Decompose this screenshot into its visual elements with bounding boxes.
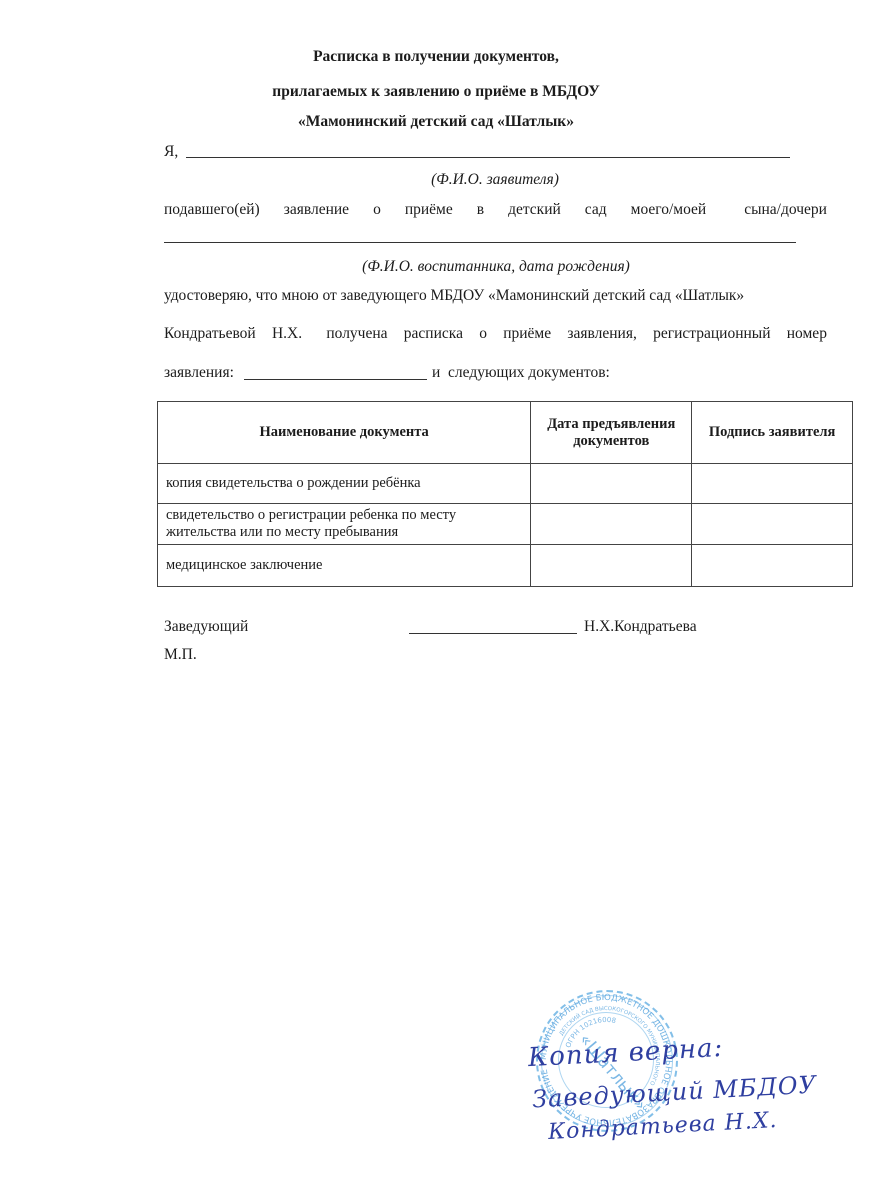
table-row: копия свидетельства о рождении ребёнка	[158, 464, 853, 504]
statement-line: подавшего(ей) заявление о приёме в детск…	[164, 201, 827, 219]
header-document-name: Наименование документа	[158, 402, 531, 464]
applicant-prefix: Я,	[164, 143, 178, 161]
paragraph-word: расписка	[404, 325, 463, 343]
signature-cell[interactable]	[692, 545, 853, 587]
table-header-row: Наименование документа Дата предъявления…	[158, 402, 853, 464]
signature-cell[interactable]	[692, 504, 853, 545]
paragraph-word: заявления,	[567, 325, 636, 343]
paragraph-line-1: удостоверяю, что мною от заведующего МБД…	[164, 287, 827, 305]
title-line-2: прилагаемых к заявлению о приёме в МБДОУ	[0, 83, 872, 101]
child-caption: (Ф.И.О. воспитанника, дата рождения)	[0, 258, 872, 276]
paragraph-line-3-suffix: и следующих документов:	[432, 364, 610, 382]
paragraph-word: Н.Х.	[272, 325, 302, 343]
registration-number-field[interactable]	[244, 379, 427, 380]
statement-word: в	[477, 201, 484, 219]
submission-date-cell[interactable]	[531, 545, 692, 587]
header-applicant-signature: Подпись заявителя	[692, 402, 853, 464]
statement-word: о	[373, 201, 381, 219]
documents-table: Наименование документа Дата предъявления…	[157, 401, 853, 587]
paragraph-word: регистрационный	[653, 325, 770, 343]
statement-word: сына/дочери	[744, 201, 827, 219]
signature-cell[interactable]	[692, 464, 853, 504]
document-name-cell: копия свидетельства о рождении ребёнка	[158, 464, 531, 504]
submission-date-cell[interactable]	[531, 464, 692, 504]
statement-word: детский	[508, 201, 561, 219]
paragraph-word: Кондратьевой	[164, 325, 256, 343]
table-row: медицинское заключение	[158, 545, 853, 587]
paragraph-word: получена	[326, 325, 387, 343]
statement-word: моего/моей	[631, 201, 707, 219]
header-submission-date: Дата предъявления документов	[531, 402, 692, 464]
paragraph-line-2: Кондратьевой Н.Х. получена расписка о пр…	[164, 325, 827, 343]
statement-word: заявление	[284, 201, 349, 219]
signatory-role: Заведующий	[164, 618, 248, 636]
submission-date-cell[interactable]	[531, 504, 692, 545]
statement-word: сад	[585, 201, 607, 219]
paragraph-word: о	[479, 325, 487, 343]
seal-label: М.П.	[164, 646, 197, 664]
signatory-name: Н.Х.Кондратьева	[584, 618, 697, 636]
applicant-name-field[interactable]	[186, 157, 790, 158]
document-name-cell: свидетельство о регистрации ребенка по м…	[158, 504, 531, 545]
document-page: Расписка в получении документов, прилага…	[0, 0, 872, 1200]
table-row: свидетельство о регистрации ребенка по м…	[158, 504, 853, 545]
statement-word: подавшего(ей)	[164, 201, 260, 219]
signatory-signature-field[interactable]	[409, 633, 577, 634]
paragraph-line-3-prefix: заявления:	[164, 364, 234, 382]
title-line-3: «Мамонинский детский сад «Шатлык»	[0, 113, 872, 131]
statement-word: приёме	[405, 201, 453, 219]
child-name-field[interactable]	[164, 242, 796, 243]
document-name-cell: медицинское заключение	[158, 545, 531, 587]
applicant-caption: (Ф.И.О. заявителя)	[0, 171, 872, 189]
paragraph-word: номер	[787, 325, 827, 343]
paragraph-word: приёме	[503, 325, 551, 343]
title-line-1: Расписка в получении документов,	[0, 48, 872, 66]
